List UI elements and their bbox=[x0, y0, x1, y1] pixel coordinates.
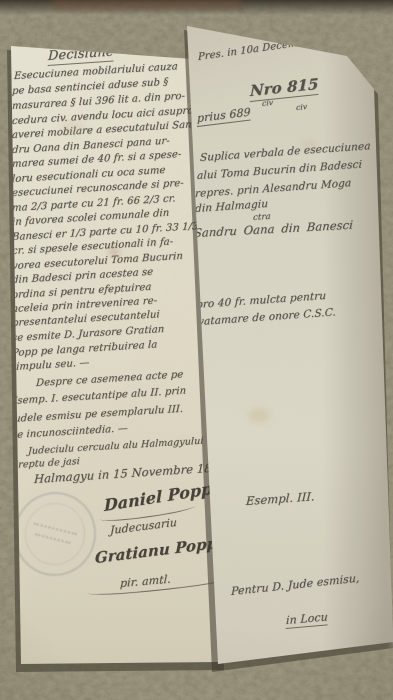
stain-spot bbox=[300, 140, 318, 150]
photo-of-document: Decisiune Esecuciunea mobilariului cauza… bbox=[0, 0, 393, 700]
embossed-seal-icon bbox=[5, 483, 105, 584]
footer-line: in Locu bbox=[286, 610, 328, 627]
foxing-spot bbox=[60, 120, 86, 134]
defendant-line: Sandru Oana din Banesci bbox=[194, 218, 354, 240]
prior-number: prius 689 bbox=[197, 105, 251, 125]
signature-gratianu-popp: Gratianu Popp bbox=[95, 534, 217, 567]
top-edge-object bbox=[52, 0, 242, 9]
stain-spot bbox=[248, 408, 270, 423]
seal-inner-ring bbox=[18, 497, 91, 572]
foxing-spot bbox=[108, 248, 120, 256]
exemplar-label: Esempl. III. bbox=[246, 489, 315, 508]
footer-line: Pentru D. Jude esmisu, bbox=[231, 571, 360, 598]
case-number-suffix: civ bbox=[296, 102, 307, 112]
claim-line: vatamare de onore C.S.C. bbox=[198, 306, 336, 328]
case-number: Nro 815 bbox=[250, 75, 319, 100]
prior-number-suffix: civ bbox=[262, 98, 273, 108]
